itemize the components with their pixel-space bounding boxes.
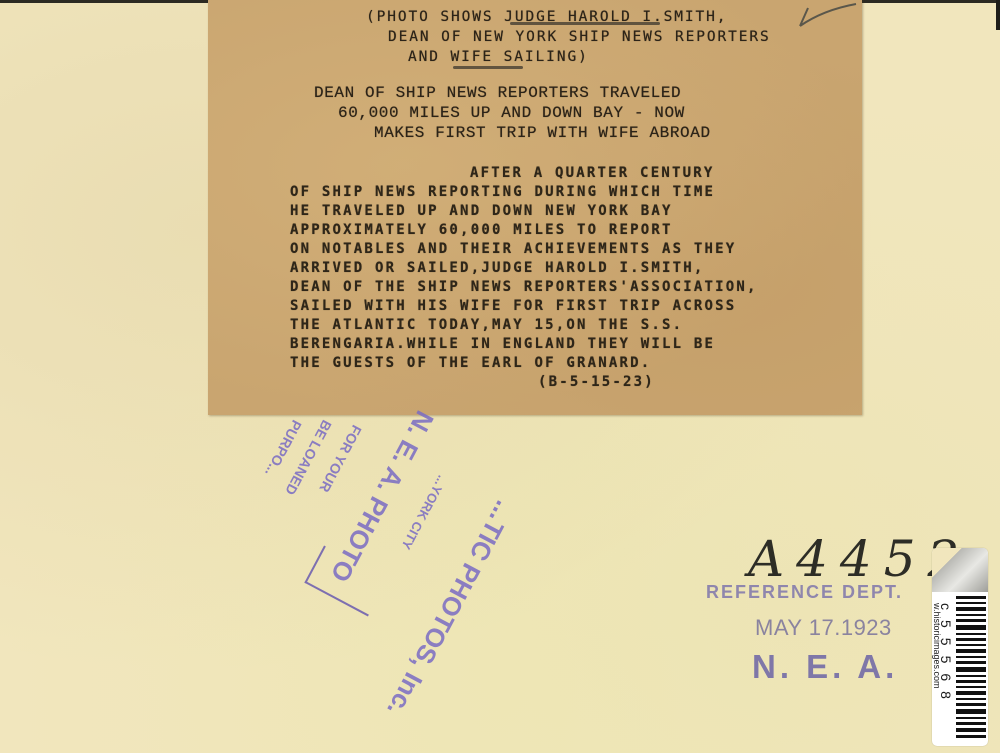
body-line-1: AFTER A QUARTER CENTURY bbox=[470, 164, 714, 182]
body-line-10: BERENGARIA.WHILE IN ENGLAND THEY WILL BE bbox=[290, 335, 715, 353]
barcode-caption: c55568 w.historicimages.com bbox=[932, 603, 956, 743]
headline-line-1: DEAN OF SHIP NEWS REPORTERS TRAVELED bbox=[314, 84, 681, 102]
body-line-5: ON NOTABLES AND THEIR ACHIEVEMENTS AS TH… bbox=[290, 240, 736, 258]
barcode-website: w.historicimages.com bbox=[932, 603, 942, 689]
body-line-4: APPROXIMATELY 60,000 MILES TO REPORT bbox=[290, 221, 673, 239]
headline-line-3: MAKES FIRST TRIP WITH WIFE ABROAD bbox=[374, 124, 711, 142]
body-line-8: SAILED WITH HIS WIFE FOR FIRST TRIP ACRO… bbox=[290, 297, 736, 315]
received-date-stamp: MAY 17.1923 bbox=[755, 615, 892, 641]
body-line-3: HE TRAVELED UP AND DOWN NEW YORK BAY bbox=[290, 202, 673, 220]
release-code: (B-5-15-23) bbox=[538, 373, 655, 391]
caption-line-2: DEAN OF NEW YORK SHIP NEWS REPORTERS bbox=[388, 28, 771, 46]
barcode-sticker: c55568 w.historicimages.com bbox=[932, 548, 988, 746]
purple-agency-stamp: ...TIC PHOTOS, Inc. ...YORK CITY N. E. A… bbox=[240, 410, 540, 630]
stamp-line-photos-inc: ...TIC PHOTOS, Inc. bbox=[380, 495, 520, 721]
barcode-icon bbox=[956, 596, 986, 742]
nea-agency-stamp: N. E. A. bbox=[752, 648, 898, 686]
body-line-7: DEAN OF THE SHIP NEWS REPORTERS'ASSOCIAT… bbox=[290, 278, 758, 296]
pencil-check-mark-icon bbox=[798, 0, 858, 30]
reference-dept-stamp: REFERENCE DEPT. bbox=[706, 582, 903, 603]
headline-line-2: 60,000 MILES UP AND DOWN BAY - NOW bbox=[338, 104, 685, 122]
peeled-sticker-corner bbox=[932, 548, 988, 592]
right-corner-edge bbox=[996, 0, 1000, 30]
body-line-6: ARRIVED OR SAILED,JUDGE HAROLD I.SMITH, bbox=[290, 259, 705, 277]
body-line-9: THE ATLANTIC TODAY,MAY 15,ON THE S.S. bbox=[290, 316, 683, 334]
pencil-underline-name bbox=[510, 22, 660, 25]
pencil-underline-wife bbox=[453, 66, 523, 69]
body-line-2: OF SHIP NEWS REPORTING DURING WHICH TIME bbox=[290, 183, 715, 201]
stamp-line-york-city: ...YORK CITY bbox=[398, 473, 450, 552]
caption-line-3: AND WIFE SAILING) bbox=[408, 48, 589, 66]
typewritten-clipping: (PHOTO SHOWS JUDGE HAROLD I.SMITH, DEAN … bbox=[208, 0, 862, 415]
body-line-11: THE GUESTS OF THE EARL OF GRANARD. bbox=[290, 354, 651, 372]
